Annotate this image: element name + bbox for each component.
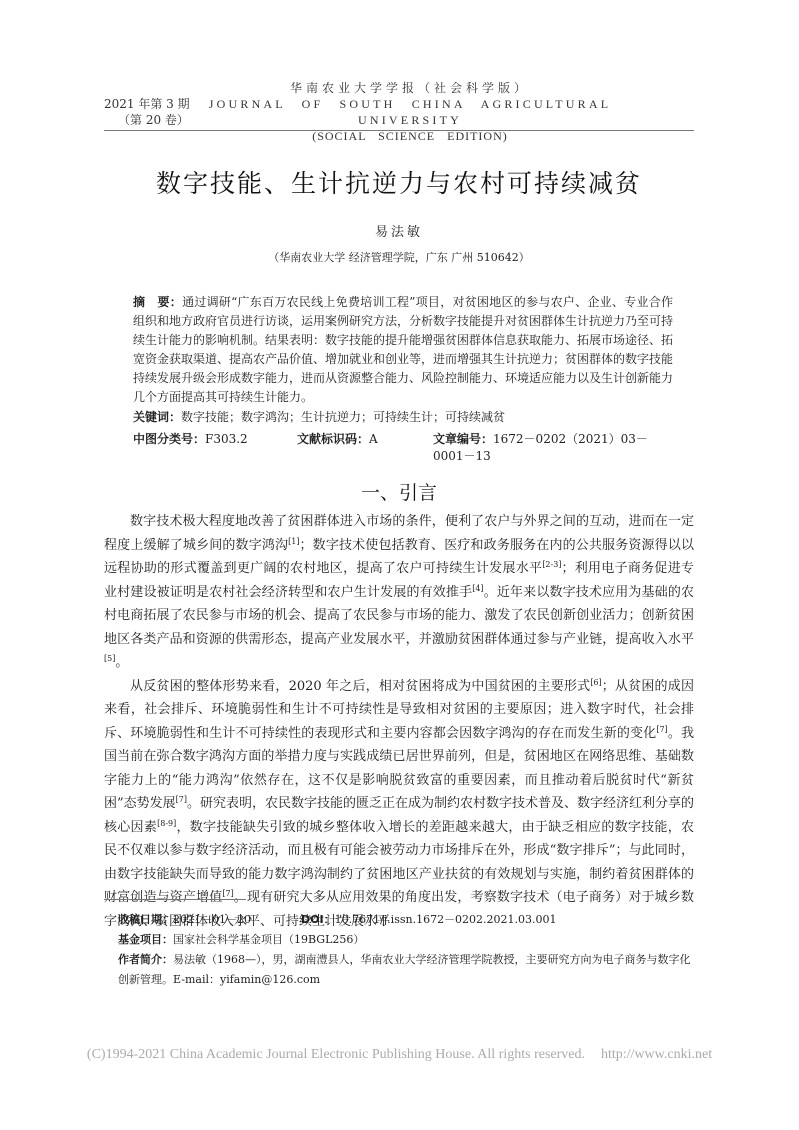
clc-label: 中图分类号：	[133, 432, 205, 446]
journal-name-cn: 华南农业大学学报（社会科学版）	[200, 80, 620, 96]
paragraph-2: 从反贫困的整体形势来看，2020 年之后，相对贫困将成为中国贫困的主要形式[6]…	[104, 675, 694, 934]
citation-ref[interactable]: [6]	[590, 678, 601, 687]
citation-ref[interactable]: [8-9]	[157, 819, 176, 828]
doc-code-value: A	[369, 432, 378, 446]
bio-label: 作者简介：	[118, 953, 173, 966]
citation-ref[interactable]: [4]	[472, 584, 483, 593]
doc-code-label: 文献标识码：	[297, 432, 369, 446]
citation-ref[interactable]: [2-3]	[542, 560, 561, 569]
doi-label: DOI：	[301, 913, 335, 926]
paragraph-1: 数字技术极大程度地改善了贫困群体进入市场的条件，便利了农户与外界之间的互动，进而…	[104, 510, 694, 675]
footnote-fund: 基金项目：国家社会科学基金项目（19BGL256）	[104, 930, 699, 950]
received-label: 收稿日期：	[118, 913, 173, 926]
body-text: 数字技术极大程度地改善了贫困群体进入市场的条件，便利了农户与外界之间的互动，进而…	[104, 510, 694, 933]
journal-name-en: JOURNAL OF SOUTH CHINA AGRICULTURAL UNIV…	[200, 96, 620, 128]
fund-label: 基金项目：	[118, 933, 173, 946]
keywords-label: 关键词：	[133, 410, 181, 424]
cnki-link[interactable]: http://www.cnki.net	[601, 1047, 712, 1062]
volume-number: （第 20 卷）	[104, 112, 190, 128]
doi-value[interactable]: 10.7671/j.issn.1672－0202.2021.03.001	[335, 913, 557, 926]
section-heading: 一、引言	[104, 478, 694, 505]
footnote-divider	[104, 899, 246, 900]
article-no-label: 文章编号：	[433, 432, 493, 446]
citation-ref[interactable]: [7]	[656, 725, 667, 734]
author-name: 易法敏	[104, 221, 694, 240]
header-divider	[104, 130, 694, 131]
fund-value: 国家社会科学基金项目（19BGL256）	[173, 933, 364, 946]
citation-ref[interactable]: [7]	[176, 795, 187, 804]
document-code: 文献标识码：A	[297, 430, 378, 447]
citation-ref[interactable]: [7]	[222, 889, 233, 898]
issue-info: 2021 年第 3 期 （第 20 卷）	[104, 96, 190, 128]
author-affiliation: （华南农业大学 经济管理学院，广东 广州 510642）	[104, 249, 694, 265]
footnote-author-bio: 作者简介：易法敏（1968—），男，湖南澧县人，华南农业大学经济管理学院教授，主…	[104, 950, 699, 990]
abstract-text: 通过调研“广东百万农民线上免费培训工程”项目，对贫困地区的参与农户、企业、专业合…	[133, 295, 673, 404]
article-title: 数字技能、生计抗逆力与农村可持续减贫	[104, 164, 694, 200]
citation-ref[interactable]: [5]	[104, 654, 115, 663]
footnote-received: 收稿日期：2021－01－20DOI：10.7671/j.issn.1672－0…	[104, 910, 699, 930]
bio-value: 易法敏（1968—），男，湖南澧县人，华南农业大学经济管理学院教授，主要研究方向…	[118, 953, 691, 986]
abstract: 摘 要：通过调研“广东百万农民线上免费培训工程”项目，对贫困地区的参与农户、企业…	[133, 293, 673, 407]
footnotes: 收稿日期：2021－01－20DOI：10.7671/j.issn.1672－0…	[104, 910, 699, 990]
copyright-notice: (C)1994-2021 China Academic Journal Elec…	[0, 1047, 799, 1063]
clc-value: F303.2	[205, 432, 248, 446]
journal-header: 华南农业大学学报（社会科学版） JOURNAL OF SOUTH CHINA A…	[200, 80, 620, 144]
article-number: 文章编号：1672－0202（2021）03－0001－13	[433, 430, 673, 464]
clc-number: 中图分类号：F303.2	[133, 430, 248, 447]
issue-number: 2021 年第 3 期	[104, 96, 190, 112]
abstract-label: 摘 要：	[133, 295, 182, 309]
received-date: 2021－01－20	[173, 913, 251, 926]
citation-ref[interactable]: [1]	[288, 537, 299, 546]
keywords-text: 数字技能；数字鸿沟；生计抗逆力；可持续生计；可持续减贫	[181, 410, 505, 424]
keywords: 关键词：数字技能；数字鸿沟；生计抗逆力；可持续生计；可持续减贫	[133, 408, 673, 425]
copyright-text: (C)1994-2021 China Academic Journal Elec…	[87, 1047, 585, 1062]
